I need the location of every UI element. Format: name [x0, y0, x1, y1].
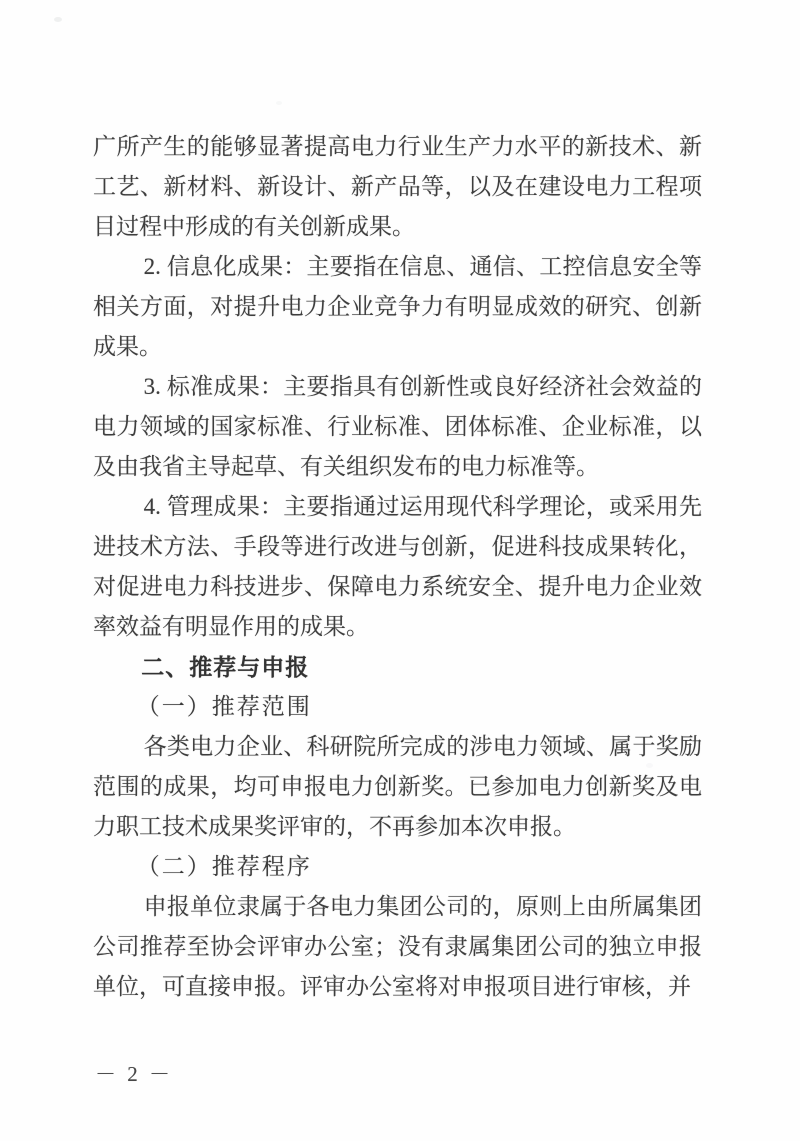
subsection-heading-2-2: （二）推荐程序 [93, 847, 702, 887]
subsection-heading-2-1: （一）推荐范围 [93, 687, 702, 727]
section-heading-2: 二、推荐与申报 [93, 647, 702, 687]
scan-artifact-speck [276, 101, 282, 105]
document-page: 广所产生的能够显著提高电力行业生产力水平的新技术、新工艺、新材料、新设计、新产品… [0, 0, 800, 1141]
body-paragraph-scope: 各类电力企业、科研院所完成的涉电力领域、属于奖励范围的成果，均可申报电力创新奖。… [93, 727, 702, 847]
document-text-block: 广所产生的能够显著提高电力行业生产力水平的新技术、新工艺、新材料、新设计、新产品… [93, 127, 702, 1007]
numbered-item-4-paragraph: 4. 管理成果：主要指通过运用现代科学理论，或采用先进技术方法、手段等进行改进与… [93, 487, 702, 647]
numbered-item-3-paragraph: 3. 标准成果：主要指具有创新性或良好经济社会效益的电力领域的国家标准、行业标准… [93, 367, 702, 487]
page-number: － 2 － [95, 1060, 173, 1088]
paragraph-continuation: 广所产生的能够显著提高电力行业生产力水平的新技术、新工艺、新材料、新设计、新产品… [93, 127, 702, 247]
numbered-item-2-paragraph: 2. 信息化成果：主要指在信息、通信、工控信息安全等相关方面，对提升电力企业竞争… [93, 247, 702, 367]
body-paragraph-procedure: 申报单位隶属于各电力集团公司的，原则上由所属集团公司推荐至协会评审办公室；没有隶… [93, 887, 702, 1007]
scan-artifact-speck [54, 17, 62, 22]
